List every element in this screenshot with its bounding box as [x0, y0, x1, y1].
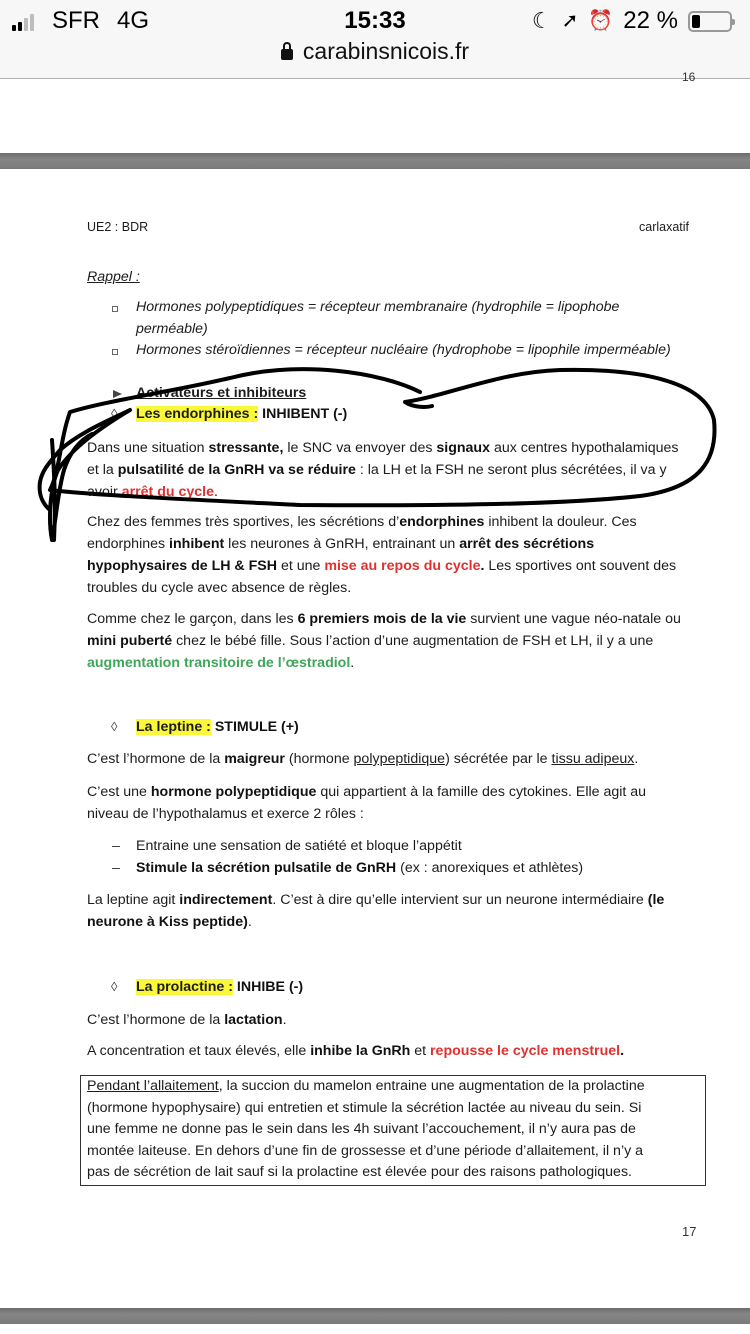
browser-top-bar: SFR 4G 15:33 ☾ ➚ ⏰ 22 % carabinsnicois.f… — [0, 0, 750, 79]
text-line: avoir arrêt du cycle. — [87, 484, 218, 500]
red-emphasis: repousse le cycle menstruel — [430, 1043, 620, 1059]
text-line: Dans une situation stressante, le SNC va… — [87, 440, 679, 456]
url-text: carabinsnicois.fr — [303, 38, 469, 64]
lock-icon — [281, 49, 293, 60]
bold-text: inhibent — [169, 536, 224, 552]
bold-text: pulsatilité de la GnRH va se réduire — [118, 462, 356, 478]
location-arrow-icon: ➚ — [562, 9, 579, 33]
bold-text: 6 premiers mois de la vie — [298, 611, 467, 627]
leptine-label: La leptine : — [136, 719, 211, 735]
alarm-clock-icon: ⏰ — [588, 9, 613, 33]
text-line: La leptine agit indirectement. C’est à d… — [87, 892, 664, 908]
text-line: (hormone hypophysaire) qui entretien et … — [87, 1100, 641, 1116]
bold-text: inhibe la GnRh — [310, 1043, 410, 1059]
rappel-title: Rappel : — [87, 269, 140, 285]
dash-bullet-icon: – — [112, 860, 120, 876]
bold-text: (le — [648, 892, 665, 908]
bold-text: stressante, — [208, 440, 283, 456]
text-line: et la pulsatilité de la GnRH va se rédui… — [87, 462, 667, 478]
text-line: endorphines inhibent les neurones à GnRH… — [87, 536, 594, 552]
leptine-heading: La leptine : STIMULE (+) — [136, 719, 299, 735]
battery-icon — [688, 11, 732, 32]
text-line: niveau de l’hypothalamus et exerce 2 rôl… — [87, 806, 364, 822]
text-line: une femme ne donne pas le sein dans les … — [87, 1121, 636, 1137]
bold-text: . — [480, 558, 484, 574]
bold-text: mini puberté — [87, 633, 172, 649]
bold-text: endorphines — [399, 514, 484, 530]
page-separator — [0, 153, 750, 169]
text-line: pas de sécrétion de lait sauf si la prol… — [87, 1164, 632, 1180]
diamond-bullet-icon: ◊ — [111, 406, 117, 421]
bold-text: arrêt des sécrétions — [459, 536, 594, 552]
underlined-text: Pendant l’allaitement — [87, 1078, 219, 1094]
text-line: Comme chez le garçon, dans les 6 premier… — [87, 611, 681, 627]
bold-text: signaux — [436, 440, 490, 456]
bold-text: neurone à Kiss peptide) — [87, 914, 248, 930]
text-line: C’est l’hormone de la lactation. — [87, 1012, 287, 1028]
text-line: A concentration et taux élevés, elle inh… — [87, 1043, 624, 1059]
red-emphasis: arrêt du cycle — [122, 484, 214, 500]
text-line: mini puberté chez le bébé fille. Sous l’… — [87, 633, 653, 649]
bold-text: indirectement — [179, 892, 272, 908]
status-icons: ☾ ➚ ⏰ 22 % — [532, 7, 732, 35]
rappel-item-1-cont: perméable) — [136, 321, 208, 337]
green-emphasis: augmentation transitoire de l’œstradiol — [87, 655, 350, 671]
moon-icon: ☾ — [532, 9, 552, 33]
square-bullet-icon — [112, 349, 118, 355]
text-line: neurone à Kiss peptide). — [87, 914, 252, 930]
bold-text: maigreur — [224, 751, 285, 767]
battery-percent: 22 % — [623, 7, 678, 35]
arrow-bullet-icon — [113, 390, 122, 398]
bold-text: Stimule la sécrétion pulsatile de GnRH — [136, 860, 396, 876]
text-line: Stimule la sécrétion pulsatile de GnRH (… — [136, 860, 583, 876]
red-emphasis: mise au repos du cycle — [324, 558, 480, 574]
endorphines-effect: INHIBENT (-) — [262, 406, 347, 422]
address-bar[interactable]: carabinsnicois.fr — [0, 38, 750, 65]
endorphines-heading: Les endorphines : INHIBENT (-) — [136, 406, 347, 422]
text-line: Pendant l’allaitement, la succion du mam… — [87, 1078, 645, 1094]
text-line: C’est l’hormone de la maigreur (hormone … — [87, 751, 638, 767]
prolactine-label: La prolactine : — [136, 979, 233, 995]
header-right: carlaxatif — [639, 220, 689, 234]
status-bar: SFR 4G 15:33 ☾ ➚ ⏰ 22 % — [0, 0, 750, 40]
dash-bullet-icon: – — [112, 838, 120, 854]
underlined-text: tissu adipeux — [552, 751, 635, 767]
text-line: montée laiteuse. En dehors d’une fin de … — [87, 1143, 643, 1159]
leptine-effect: STIMULE (+) — [215, 719, 299, 735]
diamond-bullet-icon: ◊ — [111, 979, 117, 994]
underlined-text: polypeptidique — [354, 751, 446, 767]
diamond-bullet-icon: ◊ — [111, 719, 117, 734]
text-line: augmentation transitoire de l’œstradiol. — [87, 655, 354, 671]
square-bullet-icon — [112, 306, 118, 312]
bold-text: lactation — [224, 1012, 282, 1028]
battery-level — [692, 15, 700, 28]
header-left: UE2 : BDR — [87, 220, 148, 234]
bold-text: . — [620, 1043, 624, 1059]
bold-text: hormone polypeptidique — [151, 784, 317, 800]
page-number: 17 — [682, 1224, 696, 1239]
prolactine-heading: La prolactine : INHIBE (-) — [136, 979, 303, 995]
prolactine-effect: INHIBE (-) — [237, 979, 303, 995]
text-line: troubles du cycle avec absence de règles… — [87, 580, 351, 596]
text-line: hypophysaires de LH & FSH et une mise au… — [87, 558, 676, 574]
previous-page-number: 16 — [682, 70, 695, 84]
text-line: C’est une hormone polypeptidique qui app… — [87, 784, 646, 800]
section-title: Activateurs et inhibiteurs — [136, 385, 306, 401]
endorphines-label: Les endorphines : — [136, 406, 258, 422]
rappel-item-1: Hormones polypeptidiques = récepteur mem… — [136, 299, 619, 315]
bold-text: hypophysaires de LH & FSH — [87, 558, 277, 574]
page-separator — [0, 1308, 750, 1324]
text-line: Chez des femmes très sportives, les sécr… — [87, 514, 637, 530]
text-line: Entraine une sensation de satiété et blo… — [136, 838, 462, 854]
rappel-item-2: Hormones stéroïdiennes = récepteur nuclé… — [136, 342, 671, 358]
